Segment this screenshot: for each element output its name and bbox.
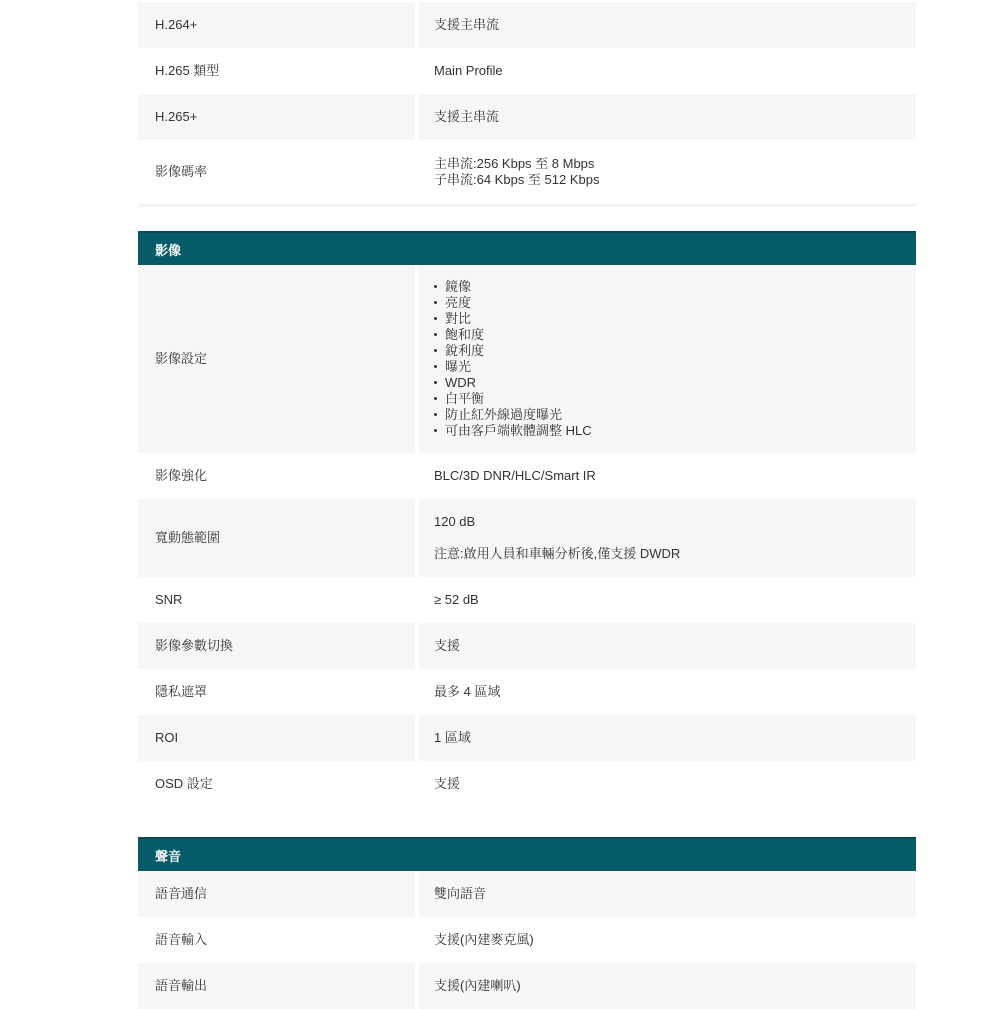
spec-label-text: 語音通信 [155,886,207,902]
spec-value: 120 dB 注意:啟用人員和車輛分析後,僅支援 DWDR [419,499,916,577]
spec-value: Main Profile [419,48,916,94]
spec-value: 支援(內建喇叭) [419,963,916,1000]
spec-row-audio-input: 語音輸入 支援(內建麥克風) [138,917,916,963]
spec-value-text: 支援(內建麥克風) [434,932,534,948]
spec-label: H.264+ [138,2,415,48]
spec-value: 最多 4 區域 [419,669,916,715]
list-item: WDR [434,375,592,391]
list-item: 對比 [434,311,592,327]
spec-label: 影像強化 [138,453,415,499]
spec-value: 支援 [419,761,916,807]
spec-label-text: 影像碼率 [155,164,207,180]
list-item: 防止紅外線過度曝光 [434,407,592,423]
spec-label-text: H.265 類型 [155,63,219,79]
spec-value-text: 雙向語音 [434,886,486,902]
spec-value: 主串流:256 Kbps 至 8 Mbps 子串流:64 Kbps 至 512 … [419,140,916,204]
list-item: 白平衡 [434,391,592,407]
spec-label-text: 寬動態範圍 [155,530,220,546]
spec-value: BLC/3D DNR/HLC/Smart IR [419,453,916,499]
spec-value-text: 最多 4 區域 [434,684,500,700]
list-item: 鏡像 [434,279,592,295]
spec-value: 支援 [419,623,916,669]
list-item: 亮度 [434,295,592,311]
spec-row-wdr: 寬動態範圍 120 dB 注意:啟用人員和車輛分析後,僅支援 DWDR [138,499,916,577]
spec-row-bitrate: 影像碼率 主串流:256 Kbps 至 8 Mbps 子串流:64 Kbps 至… [138,140,916,204]
spec-row-h264plus: H.264+ 支援主串流 [138,2,916,48]
spec-label-text: 語音輸出 [155,978,207,994]
spec-row-privacy-mask: 隱私遮罩 最多 4 區域 [138,669,916,715]
spec-value-text: 支援 [434,638,460,654]
spec-label: 影像參數切換 [138,623,415,669]
spec-value: 支援主串流 [419,94,916,140]
spec-label-text: OSD 設定 [155,776,213,792]
section-header-image: 影像 [138,231,916,265]
spec-label: 隱私遮罩 [138,669,415,715]
spec-row-h265-type: H.265 類型 Main Profile [138,48,916,94]
spec-row-image-enhancement: 影像強化 BLC/3D DNR/HLC/Smart IR [138,453,916,499]
spec-label-text: 語音輸入 [155,932,207,948]
spec-label-text: H.265+ [155,109,197,125]
spec-label: H.265+ [138,94,415,140]
spec-label: OSD 設定 [138,761,415,807]
spec-row-snr: SNR ≥ 52 dB [138,577,916,623]
spec-value-text: 子串流:64 Kbps 至 512 Kbps [434,172,599,188]
spec-label: 語音輸入 [138,917,415,963]
spec-note-text: 注意:啟用人員和車輛分析後,僅支援 DWDR [434,546,680,562]
spec-label-text: 影像設定 [155,351,207,367]
spec-label: 寬動態範圍 [138,499,415,577]
spec-row-audio-output: 語音輸出 支援(內建喇叭) [138,963,916,1000]
spec-table-audio: 語音通信 雙向語音 語音輸入 支援(內建麥克風) 語音輸出 支援(內建喇叭) [138,871,916,1000]
spec-page: H.264+ 支援主串流 H.265 類型 Main Profile H.265… [138,2,916,1000]
list-item: 曝光 [434,359,592,375]
spec-row-audio-communication: 語音通信 雙向語音 [138,871,916,917]
spec-label: 語音通信 [138,871,415,917]
spec-table-image: 影像設定 鏡像 亮度 對比 飽和度 銳利度 曝光 WDR 白平衡 防止紅外線過度… [138,265,916,807]
spec-label-text: 隱私遮罩 [155,684,207,700]
spec-label-text: 影像強化 [155,468,207,484]
spec-value: 支援(內建麥克風) [419,917,916,963]
section-header-text: 影像 [155,240,181,259]
list-item: 可由客戶端軟體調整 HLC [434,423,592,439]
spec-row-h265plus: H.265+ 支援主串流 [138,94,916,140]
spec-value: 鏡像 亮度 對比 飽和度 銳利度 曝光 WDR 白平衡 防止紅外線過度曝光 可由… [419,265,916,453]
spec-row-roi: ROI 1 區域 [138,715,916,761]
spec-value-text: 支援(內建喇叭) [434,978,521,994]
spec-value: 雙向語音 [419,871,916,917]
spec-label: SNR [138,577,415,623]
spec-section-audio: 聲音 語音通信 雙向語音 語音輸入 支援(內建麥克風) 語音輸出 支援(內建喇叭… [138,837,916,1000]
spec-value: ≥ 52 dB [419,577,916,623]
spec-value-text: 主串流:256 Kbps 至 8 Mbps [434,156,599,172]
spec-value-text: 1 區域 [434,730,471,746]
spec-label: 影像設定 [138,265,415,453]
spec-value: 1 區域 [419,715,916,761]
spec-value-text: 120 dB [434,514,680,530]
spec-value: 支援主串流 [419,2,916,48]
spec-table-codec: H.264+ 支援主串流 H.265 類型 Main Profile H.265… [138,2,916,207]
list-item: 飽和度 [434,327,592,343]
spec-label-text: 影像參數切換 [155,638,233,654]
spec-value-text: BLC/3D DNR/HLC/Smart IR [434,468,596,484]
spec-label-text: ROI [155,730,178,746]
spec-row-image-param-switch: 影像參數切換 支援 [138,623,916,669]
spec-row-osd: OSD 設定 支援 [138,761,916,807]
spec-value-text: Main Profile [434,63,503,79]
spec-value-text: 支援主串流 [434,17,499,33]
spec-value-text: 支援主串流 [434,109,499,125]
spec-value-text: 支援 [434,776,460,792]
spec-label-text: SNR [155,592,182,608]
spec-label: 影像碼率 [138,140,415,204]
image-settings-list: 鏡像 亮度 對比 飽和度 銳利度 曝光 WDR 白平衡 防止紅外線過度曝光 可由… [434,265,592,453]
list-item: 銳利度 [434,343,592,359]
spec-label: ROI [138,715,415,761]
spec-value-text: ≥ 52 dB [434,592,479,608]
spec-row-image-settings: 影像設定 鏡像 亮度 對比 飽和度 銳利度 曝光 WDR 白平衡 防止紅外線過度… [138,265,916,453]
spec-section-image: 影像 影像設定 鏡像 亮度 對比 飽和度 銳利度 曝光 WDR 白平衡 防止紅外… [138,231,916,807]
section-header-audio: 聲音 [138,837,916,871]
spec-label: H.265 類型 [138,48,415,94]
spec-label: 語音輸出 [138,963,415,1000]
section-header-text: 聲音 [155,846,181,865]
spec-label-text: H.264+ [155,17,197,33]
